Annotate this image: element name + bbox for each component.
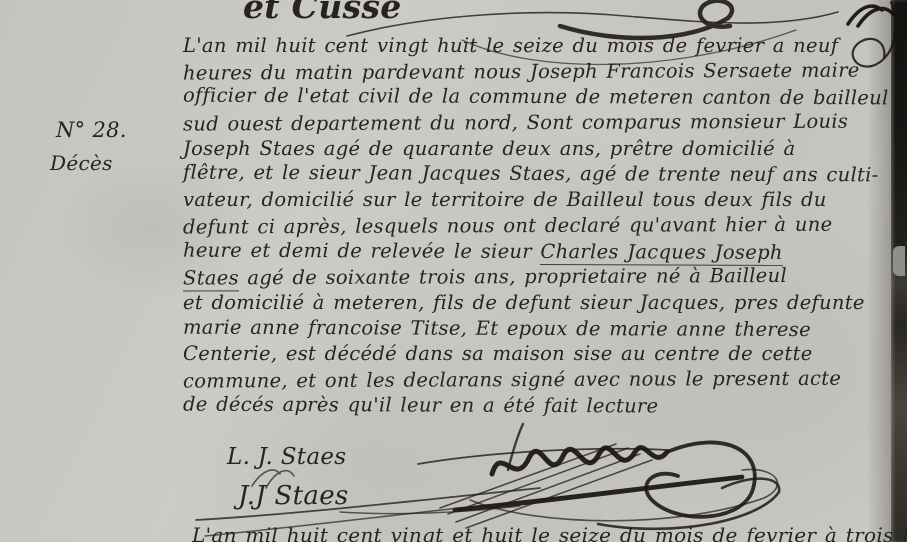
- mayor-signature-flourish: [418, 424, 779, 529]
- act-line-11: et domicilié à meteren, fils de defunt s…: [183, 290, 897, 316]
- signature-hatch-rays: [440, 444, 652, 528]
- deceased-given-names-underlined: Charles Jacques Joseph: [540, 240, 782, 266]
- act-type-label: Décès: [50, 151, 127, 175]
- next-act-fragment: L'an mil huit cent vingt et huit le seiz…: [192, 523, 907, 542]
- signature-bottom-curve: [598, 479, 779, 529]
- signature-right-loop: [646, 442, 755, 516]
- act-line-12: marie anne francoise Titse, Et epoux de …: [183, 314, 897, 342]
- deceased-surname-underlined: Staes: [183, 267, 239, 292]
- act-line-2: heures du matin pardevant nous Joseph Fr…: [183, 57, 897, 86]
- act-line-8: defunt ci après, lesquels nous ont decla…: [183, 211, 897, 240]
- signature-strike-line: [418, 449, 668, 464]
- act-line-9: heure et demi de relevée le sieur Charle…: [183, 237, 897, 265]
- act-line-4: sud ouest departement du nord, Sont comp…: [183, 109, 897, 138]
- signature-scrawl: [492, 448, 667, 474]
- act-number: N° 28.: [56, 118, 127, 142]
- act-line-3: officier de l'etat civil de la commune d…: [183, 83, 897, 111]
- act-line-7: vateur, domicilié sur le territoire de B…: [183, 187, 897, 213]
- act-line-10-text: agé de soixante trois ans, proprietaire …: [239, 264, 787, 289]
- signature-underline-thick: [455, 477, 742, 510]
- witness-signature-2: J.J Staes: [238, 481, 349, 511]
- previous-act-fragment: et Cusse: [243, 0, 402, 26]
- act-line-10: Staes agé de soixante trois ans, proprie…: [183, 263, 897, 292]
- act-line-9-text: heure et demi de relevée le sieur: [183, 238, 541, 262]
- act-line-6: flêtre, et le sieur Jean Jacques Staes, …: [183, 160, 897, 188]
- margin-annotation: N° 28. Décès: [50, 118, 127, 175]
- act-line-13: Centerie, est décédé dans sa maison sise…: [183, 341, 897, 367]
- signature-large-ellipse: [470, 469, 777, 520]
- act-line-14: commune, et ont les declarans signé avec…: [183, 365, 897, 394]
- witness-signature-1: L. J. Staes: [227, 444, 346, 470]
- act-line-15: de décés après qu'il leur en a été fait …: [183, 391, 897, 419]
- death-act-body: L'an mil huit cent vingt huit le seize d…: [183, 33, 897, 418]
- scanned-death-record-page: { "document": { "margin": { "act_number"…: [0, 0, 907, 542]
- signature-ascender: [508, 424, 523, 470]
- witness-underline: [340, 506, 520, 514]
- act-line-5: Joseph Staes agé de quarante deux ans, p…: [183, 136, 897, 162]
- act-line-1: L'an mil huit cent vingt huit le seize d…: [183, 33, 897, 59]
